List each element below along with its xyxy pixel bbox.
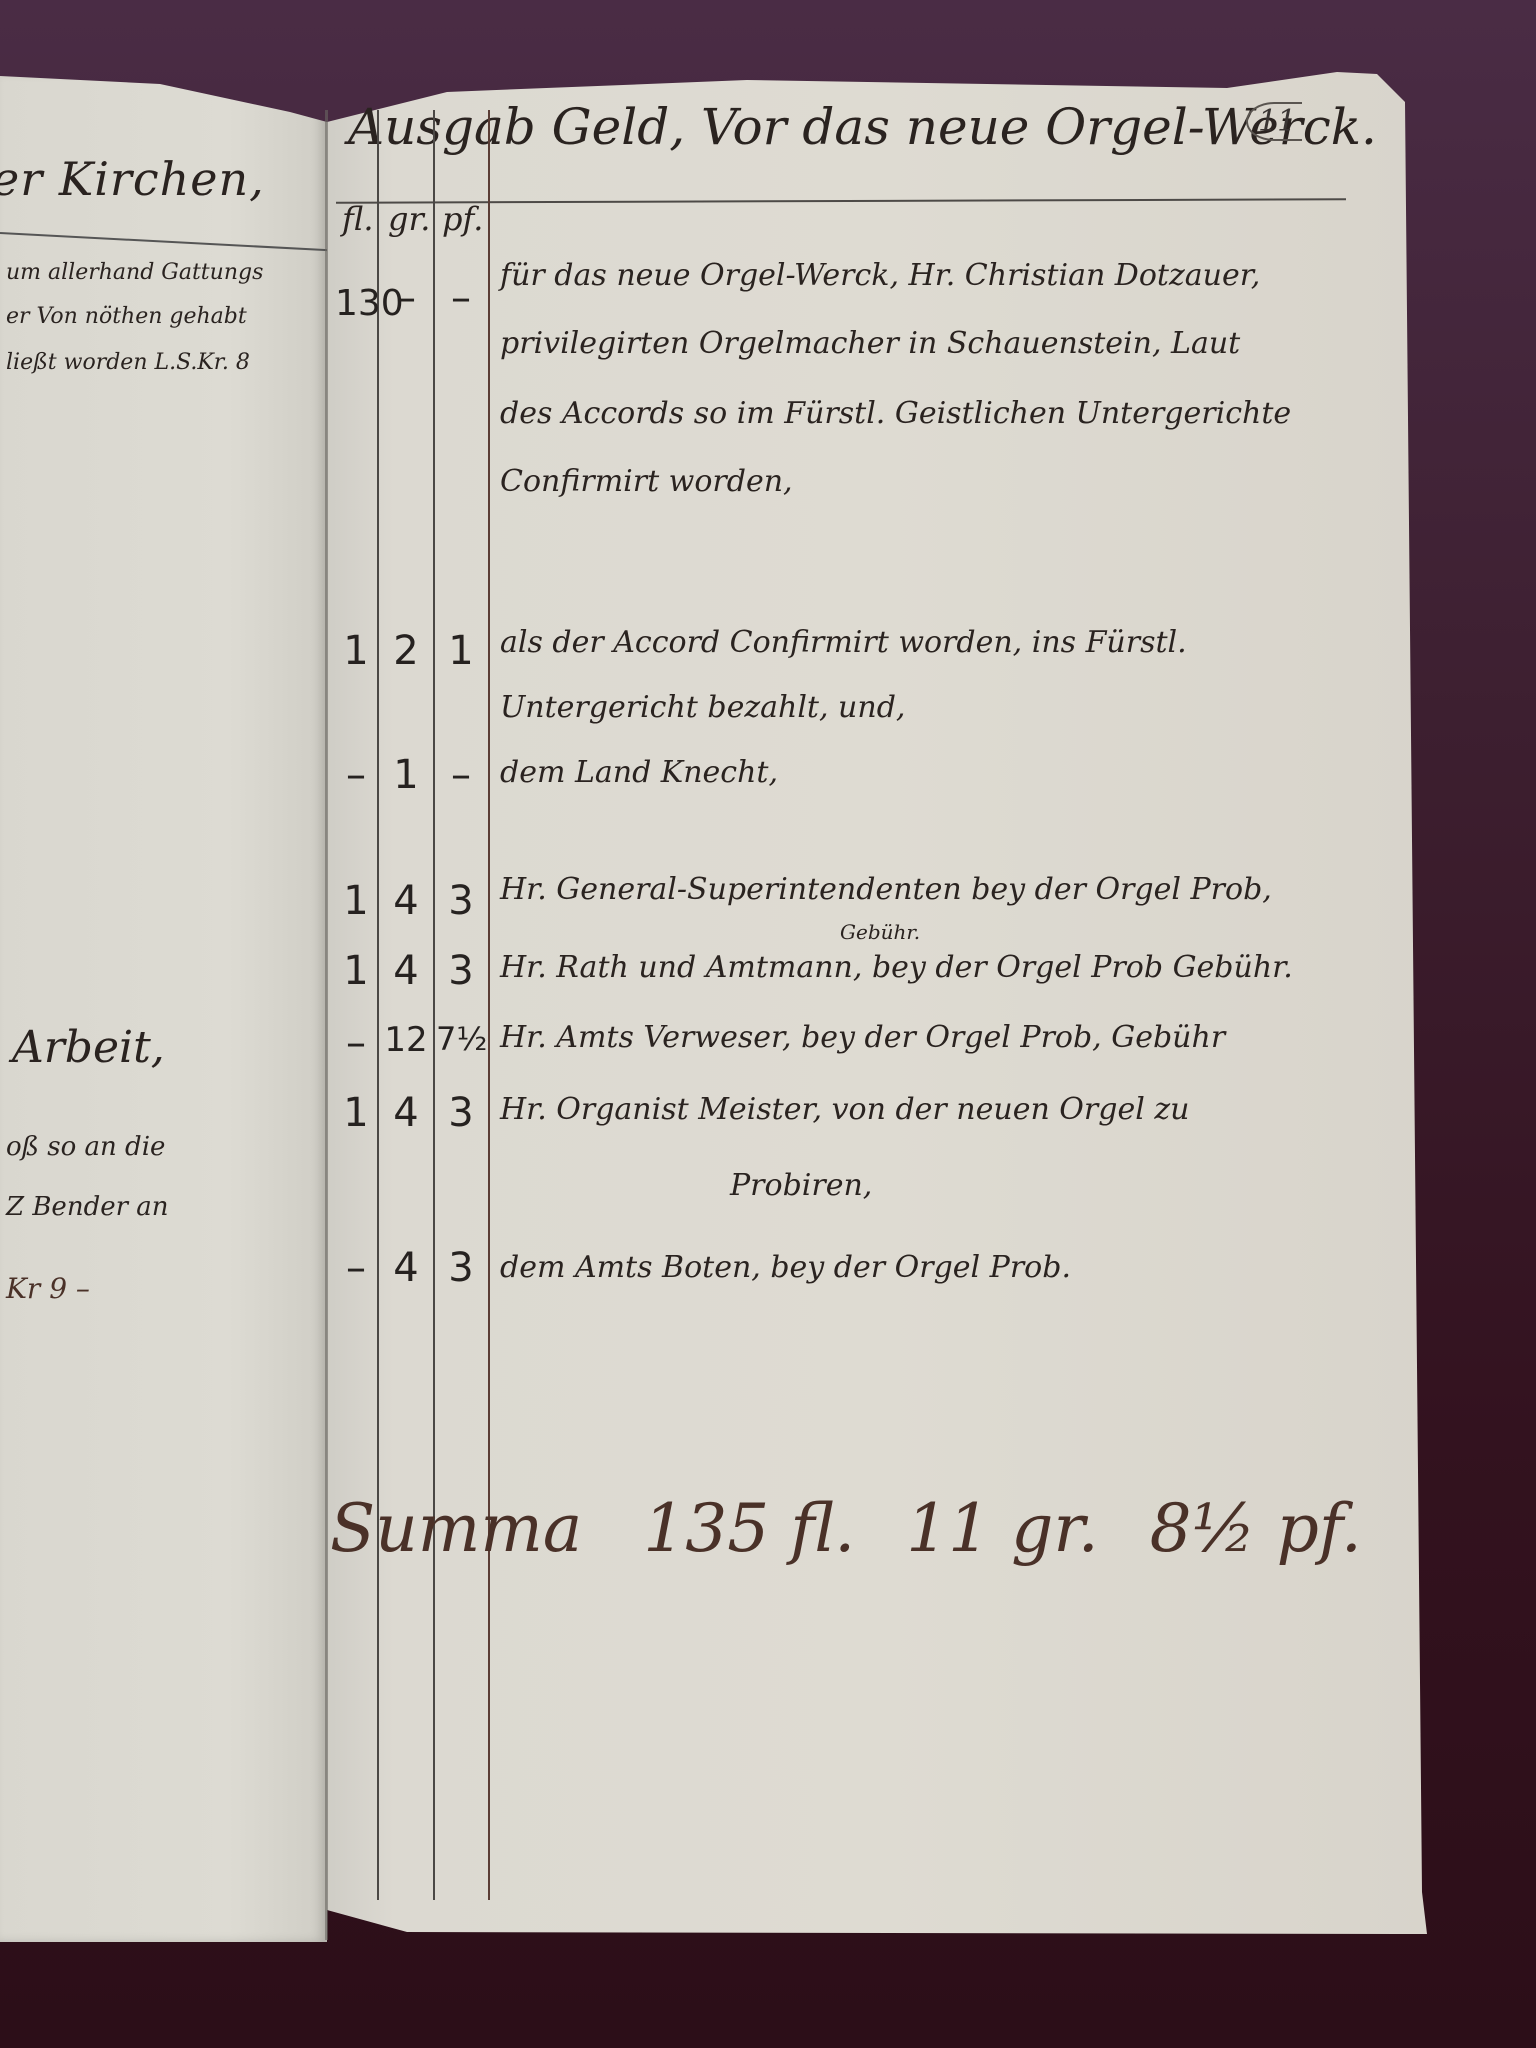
column-header-gr: gr. [388,200,430,238]
entry-text: dem Land Knecht, [500,755,778,790]
amount-fl: – [335,752,377,798]
amount-fl: 1 [335,878,377,924]
left-section-heading: Arbeit, [12,1022,165,1073]
amount-pf: 3 [436,1245,486,1291]
left-header-rule [0,232,330,251]
book-gutter [325,110,328,1940]
amount-gr: 12 [380,1020,432,1060]
amount-gr: 4 [380,948,432,994]
entry-text: dem Amts Boten, bey der Orgel Prob. [500,1250,1071,1285]
amount-pf: – [436,275,486,321]
column-header-pf: pf. [442,200,483,238]
entry-text: für das neue Orgel-Werck, Hr. Christian … [500,258,1260,293]
column-rule [433,110,435,1900]
amount-pf: 7½ [436,1020,486,1058]
amount-fl: – [335,1020,377,1066]
amount-gr: 4 [380,1090,432,1136]
summa-total: Summa 135 fl. 11 gr. 8½ pf. [330,1490,1392,1567]
entry-text: Hr. General-Superintendenten bey der Org… [500,872,1272,907]
amount-pf: 3 [436,948,486,994]
entry-text: Confirmirt worden, [500,464,793,499]
amount-pf: 3 [436,1090,486,1136]
left-page-title: er Kirchen, [0,152,265,206]
entry-text: des Accords so im Fürstl. Geistlichen Un… [500,396,1291,431]
entry-text: Hr. Amts Verweser, bey der Orgel Prob, G… [500,1020,1225,1055]
amount-gr: 2 [380,628,432,674]
amount-fl: 1 [335,1090,377,1136]
column-rule [488,110,490,1900]
entry-text: als der Accord Confirmirt worden, ins Fü… [500,625,1187,660]
summa-pf: 8½ pf. [1150,1490,1362,1567]
summa-fl: 135 fl. [643,1490,855,1567]
entry-text: Hr. Organist Meister, von der neuen Orge… [500,1092,1189,1127]
amount-gr: 4 [380,1245,432,1291]
amount-fl: 130 [335,283,377,324]
amount-fl: – [335,1245,377,1291]
left-line: um allerhand Gattungs [6,260,263,285]
page-title: Ausgab Geld, Vor das neue Orgel-Werck. [348,98,1377,156]
entry-text: Probiren, [730,1168,872,1203]
left-line: Kr 9 – [6,1272,90,1305]
page-number: 11 [1246,102,1302,141]
column-header-fl: fl. [342,200,374,238]
left-line: oß so an die [6,1132,165,1162]
entry-text: Untergericht bezahlt, und, [500,690,905,725]
amount-gr: 1 [380,752,432,798]
entry-text: Hr. Rath und Amtmann, bey der Orgel Prob… [500,950,1293,985]
summa-gr: 11 gr. [906,1490,1099,1567]
amount-gr: 4 [380,878,432,924]
amount-fl: 1 [335,628,377,674]
amount-pf: – [436,752,486,798]
left-line: er Von nöthen gehabt [6,304,247,329]
entry-text: privilegirten Orgelmacher in Schauenstei… [500,326,1240,361]
amount-fl: 1 [335,948,377,994]
left-line: Z Bender an [6,1192,169,1222]
column-rule [377,110,379,1900]
amount-gr: – [380,275,432,321]
entry-text: Gebühr. [840,920,920,944]
summa-label: Summa [330,1490,582,1567]
left-line: ließt worden L.S.Kr. 8 [6,350,250,375]
left-page: er Kirchen, um allerhand Gattungs er Von… [0,72,327,1942]
amount-pf: 3 [436,878,486,924]
amount-pf: 1 [436,628,486,674]
